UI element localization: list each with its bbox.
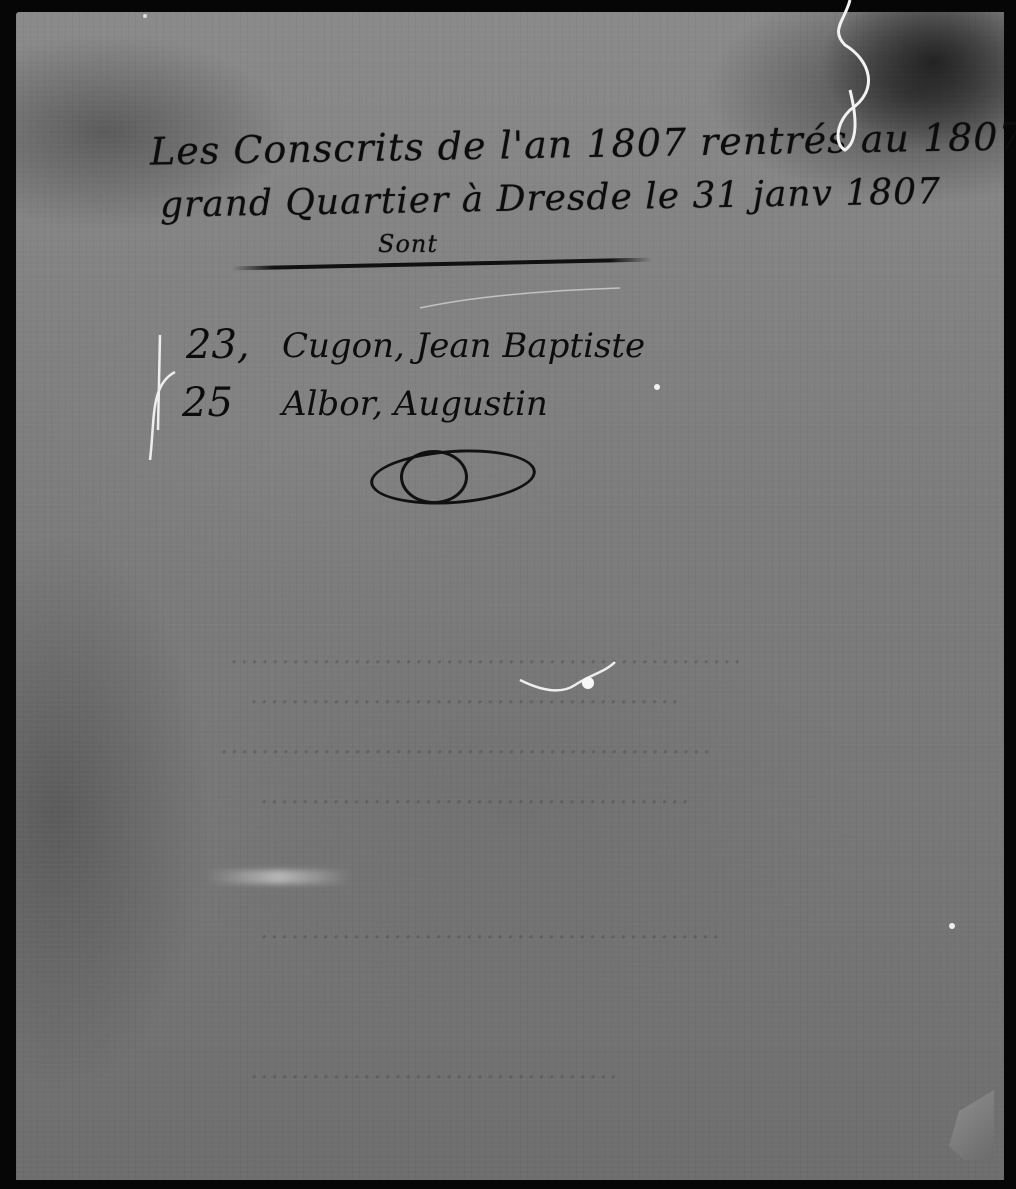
scan-scratches	[0, 0, 1016, 1189]
